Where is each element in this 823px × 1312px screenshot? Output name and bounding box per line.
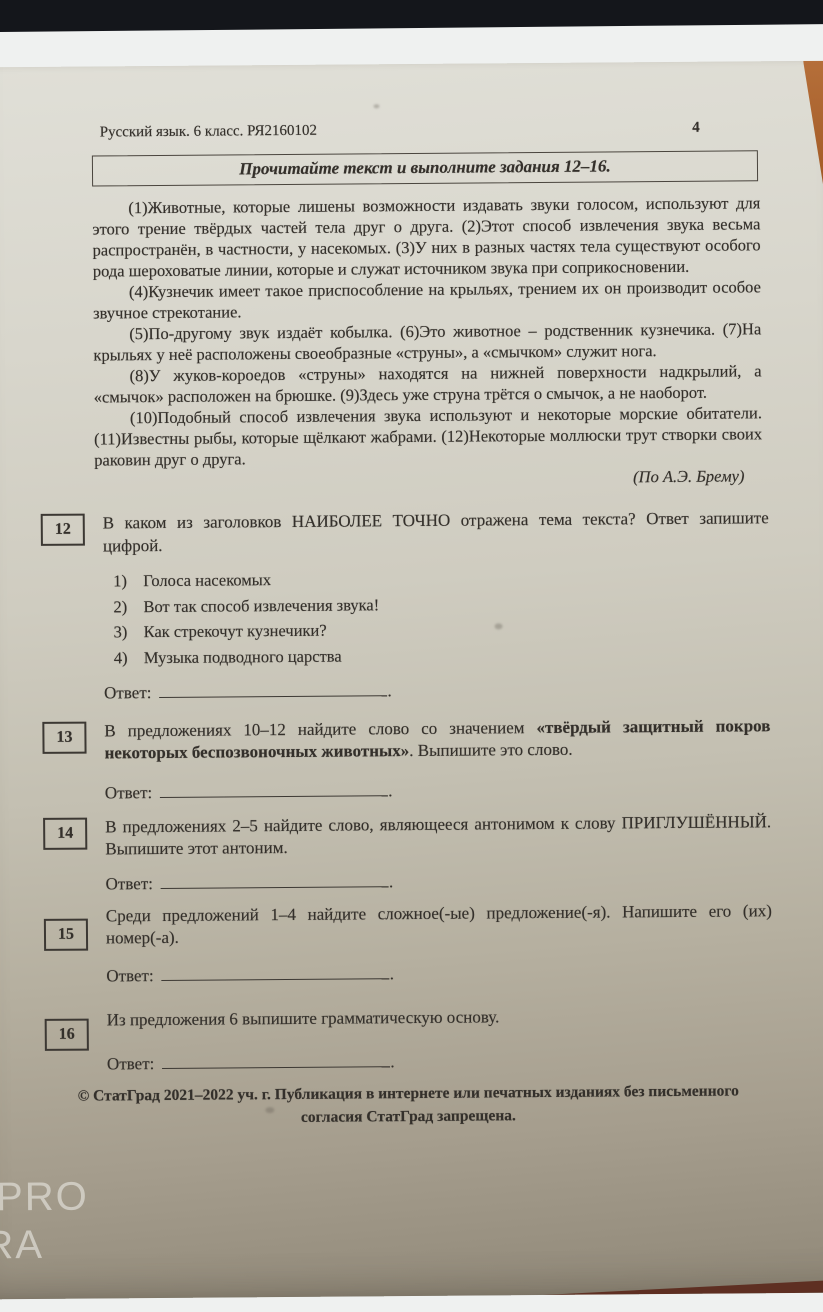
question-13-text: В предложениях 10–12 найдите слово со зн… [104, 715, 770, 765]
camera-watermark-line1: PRO [0, 1173, 89, 1222]
question-14-number-box: 14 [43, 817, 87, 849]
question-12-options: 1) Голоса насекомых 2) Вот так способ из… [113, 565, 770, 669]
question-14: 14 В предложениях 2–5 найдите слово, явл… [41, 811, 772, 895]
question-12-number-box: 12 [41, 514, 85, 546]
question-15: 15 Среди предложений 1–4 найдите сложное… [42, 900, 773, 987]
question-15-number: 15 [58, 925, 74, 943]
text-paragraph: (10)Подобный способ извлечения звука исп… [94, 402, 762, 470]
answer-label: Ответ: [106, 966, 153, 985]
text-attribution: (По А.Э. Брему) [94, 466, 744, 491]
photo-viewer-screen: Русский язык. 6 класс. РЯ2160102 4 Прочи… [0, 0, 823, 1312]
question-15-number-box: 15 [44, 918, 88, 950]
option-4-label: Музыка подводного царства [144, 645, 342, 669]
question-12: 12 В каком из заголовков НАИБОЛЕЕ ТОЧНО … [39, 507, 770, 703]
status-bar [0, 0, 823, 32]
copyright-footer: © СтатГрад 2021–2022 уч. г. Публикация в… [72, 1079, 744, 1130]
option-2: 2) Вот так способ извлечения звука! [113, 591, 769, 618]
answer-suffix: . [390, 1052, 394, 1071]
question-13-answer-row: Ответ:. [105, 778, 771, 803]
course-code-label: Русский язык. 6 класс. РЯ2160102 [100, 123, 317, 142]
reading-text: (1)Животные, которые лишены возможности … [92, 192, 762, 491]
option-1: 1) Голоса насекомых [113, 565, 769, 592]
instruction-title: Прочитайте текст и выполните задания 12–… [239, 156, 611, 178]
page-number: 4 [692, 120, 700, 137]
question-16-answer-row: Ответ:. [107, 1049, 773, 1074]
document-photo: Русский язык. 6 класс. РЯ2160102 4 Прочи… [0, 61, 823, 1300]
question-14-number: 14 [57, 824, 73, 842]
text-paragraph: (5)По-другому звук издаёт кобылка. (6)Эт… [93, 318, 761, 365]
question-16-text: Из предложения 6 выпишите грамматическую… [107, 1004, 773, 1032]
option-4-number: 4) [114, 647, 144, 669]
answer-blank-line [162, 965, 390, 981]
answer-blank-line [159, 682, 387, 698]
text-paragraph: (1)Животные, которые лишены возможности … [92, 192, 761, 281]
camera-watermark: PRO RA [0, 1173, 89, 1270]
document-page: Русский язык. 6 класс. РЯ2160102 4 Прочи… [36, 119, 774, 1131]
question-15-answer-row: Ответ:. [106, 961, 772, 986]
answer-blank-line [161, 873, 389, 889]
text-paragraph: (4)Кузнечик имеет такое приспособление н… [93, 276, 761, 323]
question-16-number-box: 16 [45, 1018, 89, 1050]
answer-suffix: . [388, 781, 392, 800]
question-13-text-end: . Выпишите это слово. [409, 740, 572, 760]
table-surface-corner [803, 61, 823, 257]
answer-label: Ответ: [107, 1054, 154, 1073]
option-3: 3) Как стрекочут кузнечики? [114, 616, 770, 643]
answer-suffix: . [390, 964, 394, 983]
question-14-text: В предложениях 2–5 найдите слово, являющ… [105, 811, 771, 861]
answer-label: Ответ: [106, 874, 153, 893]
question-13-number: 13 [56, 728, 72, 746]
option-3-number: 3) [114, 621, 144, 643]
answer-label: Ответ: [105, 783, 152, 802]
text-paragraph: (8)У жуков-короедов «струны» находятся н… [94, 360, 762, 407]
question-13: 13 В предложениях 10–12 найдите слово со… [40, 715, 771, 804]
question-13-number-box: 13 [42, 721, 86, 753]
option-2-number: 2) [113, 596, 143, 618]
question-12-answer-row: Ответ:. [104, 678, 770, 703]
table-edge-sliver [543, 1280, 823, 1295]
question-14-answer-row: Ответ:. [106, 869, 772, 894]
option-1-number: 1) [113, 570, 143, 592]
answer-suffix: . [389, 872, 393, 891]
option-4: 4) Музыка подводного царства [114, 642, 770, 669]
instruction-box: Прочитайте текст и выполните задания 12–… [92, 150, 758, 186]
answer-blank-line [160, 782, 388, 798]
question-16-number: 16 [59, 1025, 75, 1043]
question-12-text: В каком из заголовков НАИБОЛЕЕ ТОЧНО отр… [103, 507, 769, 557]
answer-blank-line [162, 1053, 390, 1069]
question-15-text: Среди предложений 1–4 найдите сложное(-ы… [106, 900, 772, 950]
paper-speck [373, 104, 379, 108]
option-3-label: Как стрекочут кузнечики? [144, 620, 327, 643]
document-header: Русский язык. 6 класс. РЯ2160102 4 [36, 119, 766, 142]
option-1-label: Голоса насекомых [143, 569, 271, 592]
answer-label: Ответ: [104, 683, 151, 702]
camera-watermark-line2: RA [0, 1221, 89, 1270]
question-16: 16 Из предложения 6 выпишите грамматичес… [43, 1004, 773, 1075]
question-13-text-start: В предложениях 10–12 найдите слово со зн… [104, 718, 536, 740]
question-12-number: 12 [55, 521, 71, 539]
option-2-label: Вот так способ извлечения звука! [143, 594, 379, 618]
answer-suffix: . [387, 681, 391, 700]
